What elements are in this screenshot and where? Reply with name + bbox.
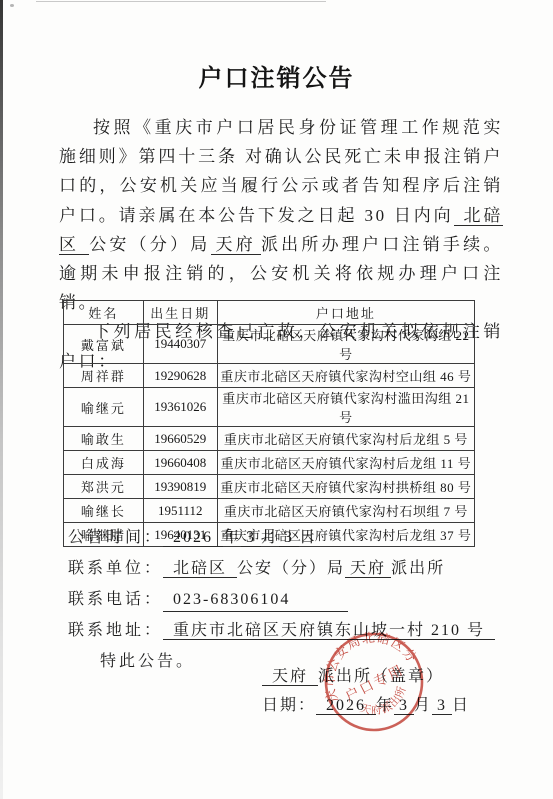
signature-day-unit: 日 (452, 697, 470, 714)
scan-speck (10, 4, 14, 7)
scan-line-top (36, 1, 326, 2)
phone-value-underlined: 023-68306104 (163, 589, 348, 612)
cell-name: 白成海 (64, 451, 144, 475)
table-row: 郑洪元 19390819 重庆市北碚区天府镇代家沟村拱桥组 80 号 (64, 475, 475, 499)
month-unit: 月 (261, 529, 279, 546)
signature-year-underlined: 2026 (316, 697, 376, 715)
cell-dob: 1951112 (143, 499, 217, 523)
notice-time-label: 公告时间： (68, 529, 163, 546)
table-row: 喻继长 1951112 重庆市北碚区天府镇代家沟村石坝组 7 号 (64, 499, 475, 523)
unit-district-underlined: 北碚区 (163, 560, 237, 578)
unit-mid-text: 公安（分）局 (237, 560, 345, 577)
cell-address: 重庆市北碚区天府镇代家沟村后龙组 11 号 (217, 451, 474, 475)
year-unit: 年 (223, 529, 241, 546)
station-underlined: 天府 (211, 235, 261, 255)
signature-date-line: 日期：2026年3月3日 (262, 695, 542, 724)
paragraph1-text-a: 按照《重庆市户口居民身份证管理工作规范实施细则》第四十三条 对确认公民死亡未申报… (59, 118, 503, 225)
cell-dob: 19440307 (143, 325, 217, 364)
table-row: 喻继元 19361026 重庆市北碚区天府镇代家沟村滥田沟组 21 号 (64, 388, 475, 427)
field-contact-phone: 联系电话：023-68306104 (68, 589, 508, 620)
address-value-underlined: 重庆市北碚区天府镇东山坡一村 210 号 (163, 622, 495, 640)
cell-name: 喻继长 (64, 499, 144, 523)
table-row: 白成海 19660408 重庆市北碚区天府镇代家沟村后龙组 11 号 (64, 451, 475, 475)
cell-dob: 19290628 (143, 364, 217, 388)
scanned-notice-page: { "title": "户口注销公告", "paragraph1": { "pa… (0, 0, 553, 799)
signature-month-underlined: 3 (394, 697, 414, 715)
signature-block: 天府派出所（盖章） 日期：2026年3月3日 (262, 666, 542, 724)
cell-dob: 19660529 (143, 427, 217, 451)
signature-day-underlined: 3 (432, 697, 452, 715)
signature-station-underlined: 天府 (262, 668, 318, 686)
day-unit: 日 (299, 529, 317, 546)
header-name: 姓名 (64, 301, 144, 325)
contact-fields: 公告时间：2026年3月3日 联系单位：北碚区公安（分）局天府派出所 联系电话：… (68, 527, 508, 682)
contact-unit-label: 联系单位： (68, 560, 163, 577)
table-header-row: 姓名 出生日期 户口地址 (64, 301, 475, 325)
cell-name: 郑洪元 (64, 475, 144, 499)
cell-address: 重庆市北碚区天府镇代家沟村后龙组 5 号 (217, 427, 474, 451)
signature-month-unit: 月 (414, 697, 432, 714)
page-title: 户口注销公告 (0, 58, 553, 93)
cell-name: 喻敢生 (64, 427, 144, 451)
deceased-roster-table: 姓名 出生日期 户口地址 戴富斌 19440307 重庆市北碚区天府镇代家沟村代… (63, 300, 475, 547)
cell-address: 重庆市北碚区天府镇代家沟村石坝组 7 号 (217, 499, 474, 523)
signature-date-label: 日期： (262, 697, 316, 714)
notice-month-underlined: 3 (241, 529, 261, 547)
cell-address: 重庆市北碚区天府镇代家沟村代家沟组 22 号 (217, 325, 474, 364)
cell-address: 重庆市北碚区天府镇代家沟村空山组 46 号 (217, 364, 474, 388)
signature-station-line: 天府派出所（盖章） (262, 666, 542, 695)
field-contact-unit: 联系单位：北碚区公安（分）局天府派出所 (68, 558, 508, 589)
signature-station-suffix: 派出所（盖章） (318, 668, 444, 685)
notice-day-underlined: 3 (279, 529, 299, 547)
contact-address-label: 联系地址： (68, 622, 163, 639)
cell-dob: 19660408 (143, 451, 217, 475)
header-address: 户口地址 (217, 301, 474, 325)
unit-suffix-text: 派出所 (391, 560, 445, 577)
field-contact-address: 联系地址：重庆市北碚区天府镇东山坡一村 210 号 (68, 620, 508, 651)
table-row: 喻敢生 19660529 重庆市北碚区天府镇代家沟村后龙组 5 号 (64, 427, 475, 451)
cell-dob: 19390819 (143, 475, 217, 499)
contact-phone-label: 联系电话： (68, 591, 163, 608)
notice-paragraph-1: 按照《重庆市户口居民身份证管理工作规范实施细则》第四十三条 对确认公民死亡未申报… (59, 113, 503, 317)
header-dob: 出生日期 (143, 301, 217, 325)
cell-name: 周祥群 (64, 364, 144, 388)
scan-edge-left (0, 0, 3, 799)
cell-name: 喻继元 (64, 388, 144, 427)
cell-address: 重庆市北碚区天府镇代家沟村滥田沟组 21 号 (217, 388, 474, 427)
paragraph1-text-b: 公安（分）局 (89, 235, 210, 254)
field-notice-time: 公告时间：2026年3月3日 (68, 527, 508, 558)
cell-name: 戴富斌 (64, 325, 144, 364)
signature-year-unit: 年 (376, 697, 394, 714)
table-row: 周祥群 19290628 重庆市北碚区天府镇代家沟村空山组 46 号 (64, 364, 475, 388)
cell-address: 重庆市北碚区天府镇代家沟村拱桥组 80 号 (217, 475, 474, 499)
unit-station-underlined: 天府 (345, 560, 391, 578)
cell-dob: 19361026 (143, 388, 217, 427)
table-row: 戴富斌 19440307 重庆市北碚区天府镇代家沟村代家沟组 22 号 (64, 325, 475, 364)
notice-year-underlined: 2026 (163, 529, 223, 547)
